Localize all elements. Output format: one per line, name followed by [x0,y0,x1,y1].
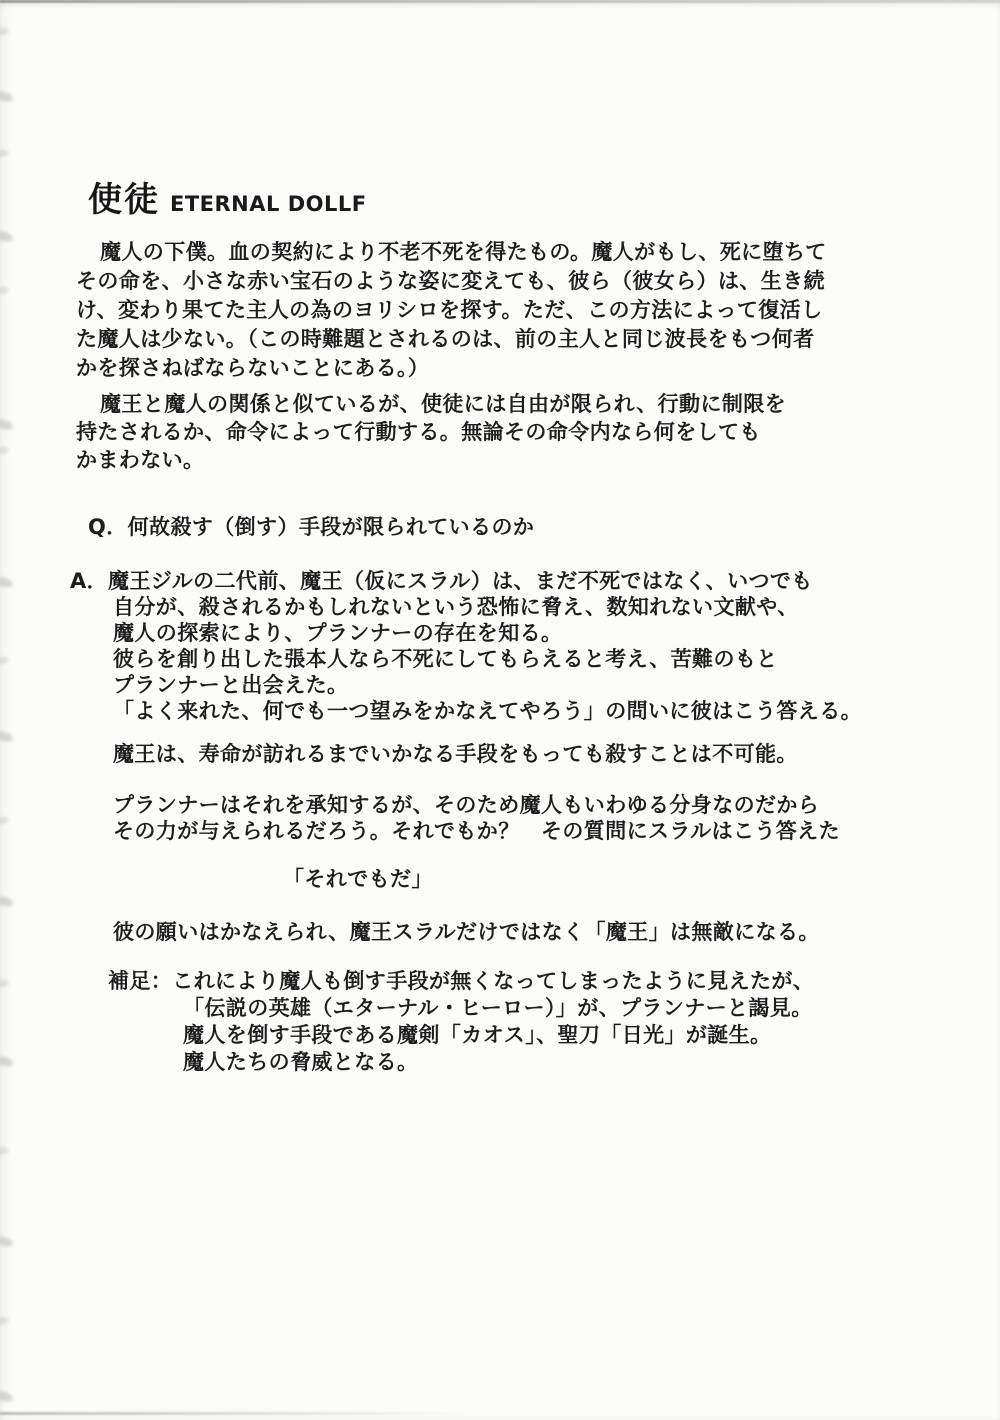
text-line: Q．何故殺す（倒す）手段が限られているのか [88,513,534,542]
title-kanji: 使徒 [88,172,160,221]
text-line: 持たされるか、命令によって行動する。無論その命令内なら何をしても [76,418,786,446]
paper-tear-mark [0,286,9,295]
paper-tear-mark [0,90,14,103]
statement-wish: 彼の願いはかなえられ、魔王スラルだけではなく「魔王」は無敵になる。 [113,918,820,947]
text-line: け、変わり果てた主人の為のヨリシロを探す。ただ、この方法によって復活し [76,296,827,325]
text-line: 魔王と魔人の関係と似ているが、使徒には自由が限られ、行動に制限を [76,390,786,418]
text-line: 魔人を倒す手段である魔剣「カオス」、聖刀「日光」が誕生。 [183,1022,814,1049]
text-line: プランナーはそれを承知するが、そのため魔人もいわゆる分身なのだから [113,792,840,818]
paper-tear-mark [0,895,14,908]
page-bottom-smudge [0,1412,470,1415]
paper-tear-mark [0,446,9,455]
text-line: その命を、小さな赤い宝石のような姿に変えても、彼ら（彼女ら）は、生き続 [76,267,827,296]
paper-tear-mark [0,730,14,743]
text-line: 「それでもだ」 [283,865,433,894]
page-top-edge-shadow [0,0,1000,3]
text-line: その力が与えられるだろう。それでもか？ その質問にスラルはこう答えた [113,818,840,844]
section-title: 使徒 ETERNAL DOLLF [88,172,367,221]
paper-tear-mark [0,1316,9,1325]
question-line: Q．何故殺す（倒す）手段が限られているのか [88,513,534,542]
paper-tear-mark [0,656,9,665]
text-line: 「伝説の英雄（エターナル・ヒーロー）」が、プランナーと謁見。 [183,995,814,1022]
text-line: プランナーと出会えた。 [113,672,862,698]
text-line: 「よく来れた、何でも一つ望みをかなえてやろう」の問いに彼はこう答える。 [113,698,862,724]
paper-tear-mark [0,1055,14,1068]
statement-immortality: 魔王は、寿命が訪れるまでいかなる手段をもっても殺すことは不可能。 [113,740,798,769]
scanned-page: 使徒 ETERNAL DOLLF 魔人の下僕。血の契約により不老不死を得たもの。… [0,0,1000,1420]
text-line: 補足：これにより魔人も倒す手段が無くなってしまったように見えたが、 [108,968,814,995]
paper-tear-mark [0,816,9,825]
note-block: 補足：これにより魔人も倒す手段が無くなってしまったように見えたが、 「伝説の英雄… [108,968,814,1076]
text-line: かを探さねばならないことにある。） [76,354,827,383]
paper-tear-mark [0,979,9,988]
statement-planner: プランナーはそれを承知するが、そのため魔人もいわゆる分身なのだから その力が与え… [113,792,840,844]
intro-paragraph-2: 魔王と魔人の関係と似ているが、使徒には自由が限られ、行動に制限を 持たされるか、… [76,390,786,474]
paper-tear-mark [0,1146,9,1155]
paper-tear-mark [0,418,14,431]
text-line: A．魔王ジルの二代前、魔王（仮にスラル）は、まだ不死ではなく、いつでも [70,568,862,594]
text-line: 彼らを創り出した張本人なら不死にしてもらえると考え、苦難のもと [113,646,862,672]
text-line: 自分が、殺されるかもしれないという恐怖に脅え、数知れない文献や、 [113,594,862,620]
text-line: た魔人は少ない。（この時難題とされるのは、前の主人と同じ波長をもつ何者 [76,325,827,354]
intro-paragraph-1: 魔人の下僕。血の契約により不老不死を得たもの。魔人がもし、死に堕ちて その命を、… [76,238,827,383]
text-line: 魔人の下僕。血の契約により不老不死を得たもの。魔人がもし、死に堕ちて [76,238,827,267]
paper-tear-mark [0,1390,14,1403]
paper-tear-mark [0,149,9,158]
paper-tear-mark [0,27,9,36]
answer-block: A．魔王ジルの二代前、魔王（仮にスラル）は、まだ不死ではなく、いつでも 自分が、… [70,568,862,724]
text-line: 魔王は、寿命が訪れるまでいかなる手段をもっても殺すことは不可能。 [113,740,798,769]
paper-tear-mark [0,576,14,589]
paper-tear-mark [0,230,14,243]
text-line: 魔人の探索により、プランナーの存在を知る。 [113,620,862,646]
paper-tear-mark [0,1235,14,1248]
text-line: 魔人たちの脅威となる。 [183,1049,814,1076]
text-line: 彼の願いはかなえられ、魔王スラルだけではなく「魔王」は無敵になる。 [113,918,820,947]
text-line: かまわない。 [76,446,786,474]
title-latin: ETERNAL DOLLF [170,192,367,216]
quote-line: 「それでもだ」 [283,865,433,894]
